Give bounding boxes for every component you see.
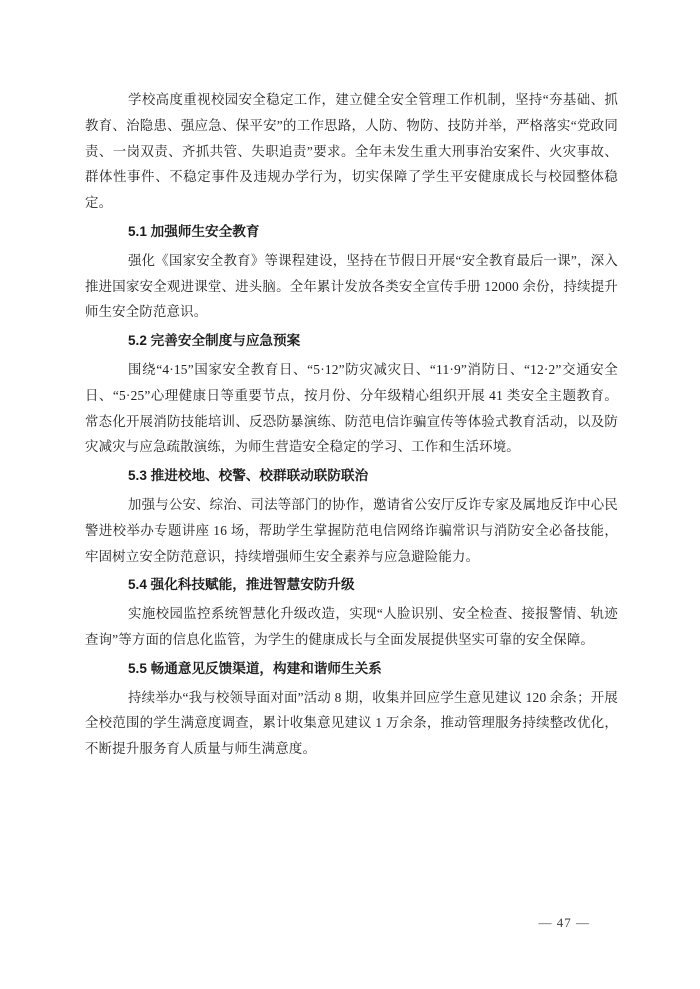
section-heading-5-3: 5.3 推进校地、校警、校群联动联防联治 — [85, 463, 618, 489]
section-heading-5-5: 5.5 畅通意见反馈渠道，构建和谐师生关系 — [85, 656, 618, 682]
document-body: 学校高度重视校园安全稳定工作，建立健全安全管理工作机制，坚持“夯基础、抓教育、治… — [85, 87, 618, 762]
section-paragraph-5-2: 围绕“4·15”国家安全教育日、“5·12”防灾减灾日、“11·9”消防日、“1… — [85, 357, 618, 460]
section-paragraph-5-3: 加强与公安、综治、司法等部门的协作，邀请省公安厅反诈专家及属地反诈中心民警进校举… — [85, 492, 618, 569]
intro-paragraph: 学校高度重视校园安全稳定工作，建立健全安全管理工作机制，坚持“夯基础、抓教育、治… — [85, 87, 618, 216]
document-page: 学校高度重视校园安全稳定工作，建立健全安全管理工作机制，坚持“夯基础、抓教育、治… — [0, 0, 700, 989]
page-number: — 47 — — [539, 914, 591, 932]
section-heading-5-4: 5.4 强化科技赋能，推进智慧安防升级 — [85, 572, 618, 598]
section-paragraph-5-1: 强化《国家安全教育》等课程建设，坚持在节假日开展“安全教育最后一课”，深入推进国… — [85, 248, 618, 325]
section-heading-5-2: 5.2 完善安全制度与应急预案 — [85, 328, 618, 354]
section-heading-5-1: 5.1 加强师生安全教育 — [85, 219, 618, 245]
section-paragraph-5-4: 实施校园监控系统智慧化升级改造，实现“人脸识别、安全检查、接报警情、轨迹查询”等… — [85, 601, 618, 653]
section-paragraph-5-5: 持续举办“我与校领导面对面”活动 8 期，收集并回应学生意见建议 120 余条；… — [85, 685, 618, 762]
